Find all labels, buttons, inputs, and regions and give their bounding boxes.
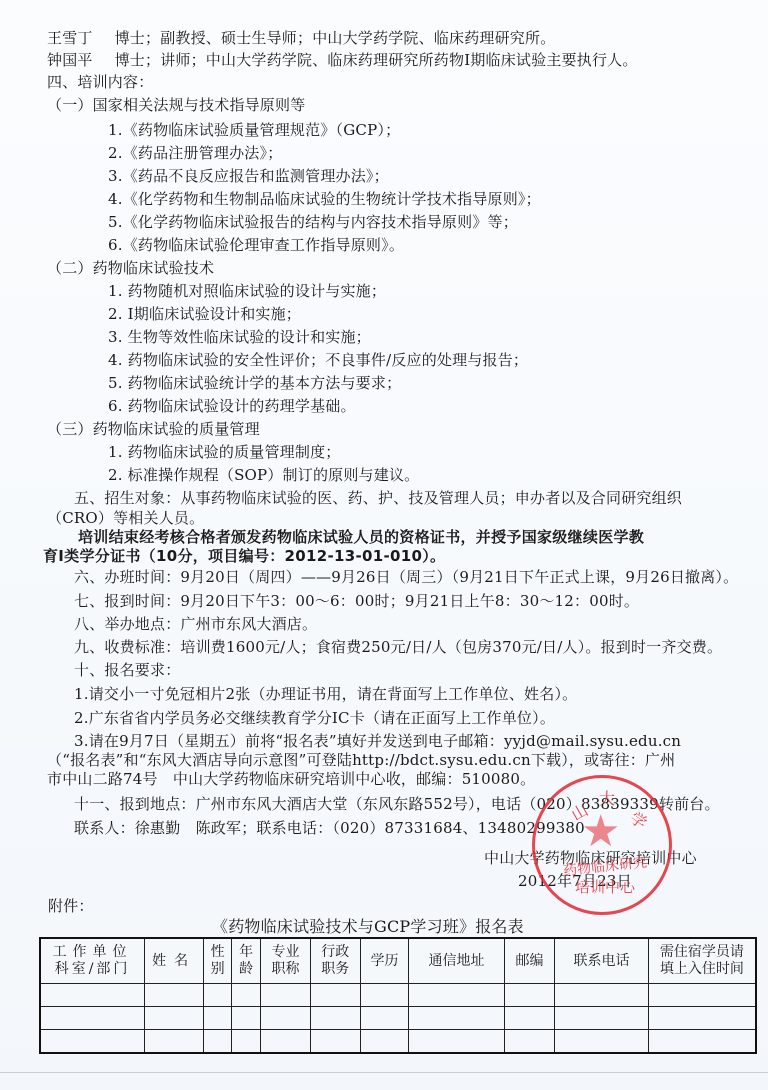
table-cell[interactable] xyxy=(648,984,756,1007)
faculty-entry: 钟国平博士；讲师；中山大学药学院、临床药理研究所药物Ⅰ期临床试验主要执行人。 xyxy=(47,51,638,69)
header-checkin-time: 需住宿学员请填上入住时间 xyxy=(648,938,756,984)
table-cell[interactable] xyxy=(555,984,648,1007)
faculty-name: 钟国平 xyxy=(47,51,93,69)
table-cell[interactable] xyxy=(232,984,261,1007)
section-registration-time: 七、报到时间：9月20日下午3：00～6：00时；9月21日上午8：30～12：… xyxy=(74,592,639,610)
list-item: 5. 药物临床试验统计学的基本方法与要求； xyxy=(108,374,401,392)
contact-info: 联系人：徐惠勤 陈政军；联系电话：（020）87331684、134802993… xyxy=(74,819,585,837)
faculty-description: 博士；讲师；中山大学药学院、临床药理研究所药物Ⅰ期临床试验主要执行人。 xyxy=(115,51,638,69)
requirement-item-cont: （“报名表”和“东风大酒店导向示意图”可登陆http://bdct.sysu.e… xyxy=(47,751,675,769)
table-cell[interactable] xyxy=(40,984,145,1007)
table-cell[interactable] xyxy=(261,1007,311,1030)
header-phone: 联系电话 xyxy=(555,938,648,984)
attachment-label: 附件： xyxy=(48,897,94,915)
header-work-unit: 工作单位科室/部门 xyxy=(40,938,145,984)
list-item: 6. 药物临床试验设计的药理学基础。 xyxy=(108,397,356,415)
table-cell[interactable] xyxy=(261,1030,311,1054)
list-item: 3. 生物等效性临床试验的设计和实施； xyxy=(108,328,371,346)
table-cell[interactable] xyxy=(310,1007,360,1030)
table-cell[interactable] xyxy=(648,1007,756,1030)
list-item: 4. 药物临床试验的安全性评价；不良事件/反应的处理与报告； xyxy=(108,351,528,369)
certificate-notice: 培训结束经考核合格者颁发药物临床试验人员的资格证书，并授予国家级继续医学教 xyxy=(78,528,644,546)
official-seal: ★ 山 大 学 药物临床研究 培训中心 xyxy=(532,775,672,915)
table-cell[interactable] xyxy=(360,1007,409,1030)
seal-char: 学 xyxy=(626,805,652,833)
document-page: 王雪丁博士；副教授、硕士生导师；中山大学药学院、临床药理研究所。 钟国平博士；讲… xyxy=(0,0,768,1090)
seal-text: 培训中心 xyxy=(559,876,651,897)
list-item: 2. Ⅰ期临床试验设计和实施； xyxy=(108,305,301,323)
list-item: 4.《化学药物和生物制品临床试验的生物统计学技术指导原则》； xyxy=(108,190,541,208)
table-cell[interactable] xyxy=(504,1007,555,1030)
table-cell[interactable] xyxy=(555,1030,648,1054)
requirement-item: 3.请在9月7日（星期五）前将“报名表”填好并发送到电子邮箱：yyjd@mail… xyxy=(74,732,681,750)
table-row xyxy=(40,984,756,1007)
header-gender: 性别 xyxy=(204,938,232,984)
table-cell[interactable] xyxy=(204,1030,232,1054)
table-header-row: 工作单位科室/部门 姓名 性别 年龄 专业职称 行政职务 学历 通信地址 邮编 … xyxy=(40,938,756,984)
table-cell[interactable] xyxy=(409,1030,504,1054)
form-title: 《药物临床试验技术与GCP学习班》报名表 xyxy=(212,918,524,936)
table-cell[interactable] xyxy=(204,1007,232,1030)
list-item: 2.《药品注册管理办法》； xyxy=(108,144,282,162)
list-item: 2. 标准操作规程（SOP）制订的原则与建议。 xyxy=(108,466,419,484)
table-cell[interactable] xyxy=(504,984,555,1007)
faculty-name: 王雪丁 xyxy=(47,29,93,47)
header-professional-title: 专业职称 xyxy=(261,938,311,984)
page-fold-line xyxy=(0,1072,768,1073)
table-cell[interactable] xyxy=(648,1030,756,1054)
list-item: 6.《药物临床试验伦理审查工作指导原则》。 xyxy=(108,236,404,254)
table-cell[interactable] xyxy=(204,984,232,1007)
registration-form-table: 工作单位科室/部门 姓名 性别 年龄 专业职称 行政职务 学历 通信地址 邮编 … xyxy=(39,937,757,1054)
subsection-heading: （二）药物临床试验技术 xyxy=(47,259,214,277)
table-cell[interactable] xyxy=(40,1007,145,1030)
header-admin-position: 行政职务 xyxy=(310,938,360,984)
header-mailing-address: 通信地址 xyxy=(409,938,504,984)
list-item: 3.《药品不良反应报告和监测管理办法》； xyxy=(108,167,389,185)
table-cell[interactable] xyxy=(232,1030,261,1054)
table-cell[interactable] xyxy=(40,1030,145,1054)
table-cell[interactable] xyxy=(555,1007,648,1030)
section-fees: 九、收费标准：培训费1600元/人；食宿费250元/日/人（包房370元/日/人… xyxy=(74,638,722,656)
table-cell[interactable] xyxy=(360,984,409,1007)
section-enrollment: 五、招生对象：从事药物临床试验的医、药、护、技及管理人员；申办者以及合同研究组织 xyxy=(74,489,682,507)
table-row xyxy=(40,1030,756,1054)
list-item: 1. 药物随机对照临床试验的设计与实施； xyxy=(108,282,386,300)
requirement-item-cont: 市中山二路74号 中山大学药物临床研究培训中心收，邮编：510080。 xyxy=(47,770,535,788)
header-postal-code: 邮编 xyxy=(504,938,555,984)
table-cell[interactable] xyxy=(310,984,360,1007)
table-cell[interactable] xyxy=(145,1007,204,1030)
table-cell[interactable] xyxy=(360,1030,409,1054)
table-cell[interactable] xyxy=(504,1030,555,1054)
section-schedule: 六、办班时间：9月20日（周四）——9月26日（周三）（9月21日下午正式上课，… xyxy=(74,568,738,586)
table-cell[interactable] xyxy=(409,1007,504,1030)
requirement-item: 1.请交小一寸免冠相片2张（办理证书用，请在背面写上工作单位、姓名）。 xyxy=(74,685,577,703)
section-enrollment-cont: （CRO）等相关人员。 xyxy=(47,509,204,527)
faculty-entry: 王雪丁博士；副教授、硕士生导师；中山大学药学院、临床药理研究所。 xyxy=(47,29,555,47)
subsection-heading: （一）国家相关法规与技术指导原则等 xyxy=(47,96,305,114)
requirement-item: 2.广东省省内学员务必交继续教育学分IC卡（请在正面写上工作单位）。 xyxy=(74,709,555,727)
table-row xyxy=(40,1007,756,1030)
table-cell[interactable] xyxy=(409,984,504,1007)
section-heading: 十、报名要求： xyxy=(74,661,180,679)
table-cell[interactable] xyxy=(310,1030,360,1054)
table-cell[interactable] xyxy=(261,984,311,1007)
seal-char: 大 xyxy=(599,786,615,809)
header-name: 姓名 xyxy=(145,938,204,984)
section-heading: 四、培训内容： xyxy=(47,73,153,91)
list-item: 1. 药物临床试验的质量管理制度； xyxy=(108,443,340,461)
table-cell[interactable] xyxy=(145,1030,204,1054)
list-item: 5.《化学药物临床试验报告的结构与内容技术指导原则》等； xyxy=(108,213,518,231)
list-item: 1.《药物临床试验质量管理规范》（GCP）； xyxy=(108,121,400,139)
header-education: 学历 xyxy=(360,938,409,984)
table-cell[interactable] xyxy=(145,984,204,1007)
header-age: 年龄 xyxy=(232,938,261,984)
section-venue: 八、举办地点：广州市东风大酒店。 xyxy=(74,615,317,633)
table-cell[interactable] xyxy=(232,1007,261,1030)
certificate-notice-cont: 育Ⅰ类学分证书（10分，项目编号：2012-13-01-010）。 xyxy=(43,547,445,565)
subsection-heading: （三）药物临床试验的质量管理 xyxy=(47,420,260,438)
faculty-description: 博士；副教授、硕士生导师；中山大学药学院、临床药理研究所。 xyxy=(115,29,556,47)
